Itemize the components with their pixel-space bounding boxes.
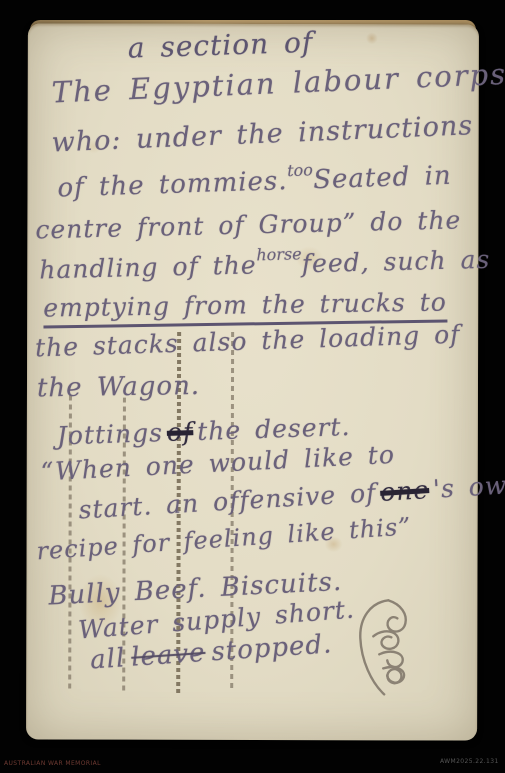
inserted-word-horse: horse xyxy=(256,244,302,264)
crossed-out-word: one xyxy=(379,475,430,507)
scanned-postcard-photo: a section of The Egyptian labour corps w… xyxy=(0,0,505,773)
catalog-number-label: AWM2025.22.131 xyxy=(440,758,499,765)
struck-word: leave xyxy=(130,638,206,673)
handwritten-line-underlined: emptying from the trucks to xyxy=(43,287,447,322)
handwritten-line: handling of thehorsefeed, such as xyxy=(39,245,491,285)
handwritten-line: who: under the instructions xyxy=(51,110,474,158)
inserted-word-too: too xyxy=(287,160,313,180)
crossed-out-word: of xyxy=(166,417,193,447)
handwritten-text: 's own. xyxy=(432,469,505,504)
handwritten-text: the desert. xyxy=(197,412,351,446)
postcard-back: a section of The Egyptian labour corps w… xyxy=(26,23,479,740)
handwritten-text: Jottings xyxy=(56,418,163,450)
handwritten-line: of the tommies.tooSeated in xyxy=(57,161,452,204)
handwritten-line: The Egyptian labour corps xyxy=(51,57,505,110)
scroll-flourish-icon xyxy=(354,596,420,700)
handwritten-title: a section of xyxy=(127,26,313,65)
handwritten-text: handling of the xyxy=(39,250,257,284)
handwritten-text: all xyxy=(89,643,126,675)
paper-stain xyxy=(366,32,378,44)
handwritten-line: the Wagon. xyxy=(37,371,201,403)
handwritten-text: feed, such as xyxy=(302,245,491,278)
handwritten-text: Seated in xyxy=(313,161,452,195)
handwritten-line: centre front of Group” do the xyxy=(35,205,462,244)
handwritten-text: of the tommies. xyxy=(57,166,288,203)
archive-name-label: AUSTRALIAN WAR MEMORIAL xyxy=(4,760,101,767)
handwritten-text: stopped. xyxy=(210,629,333,667)
